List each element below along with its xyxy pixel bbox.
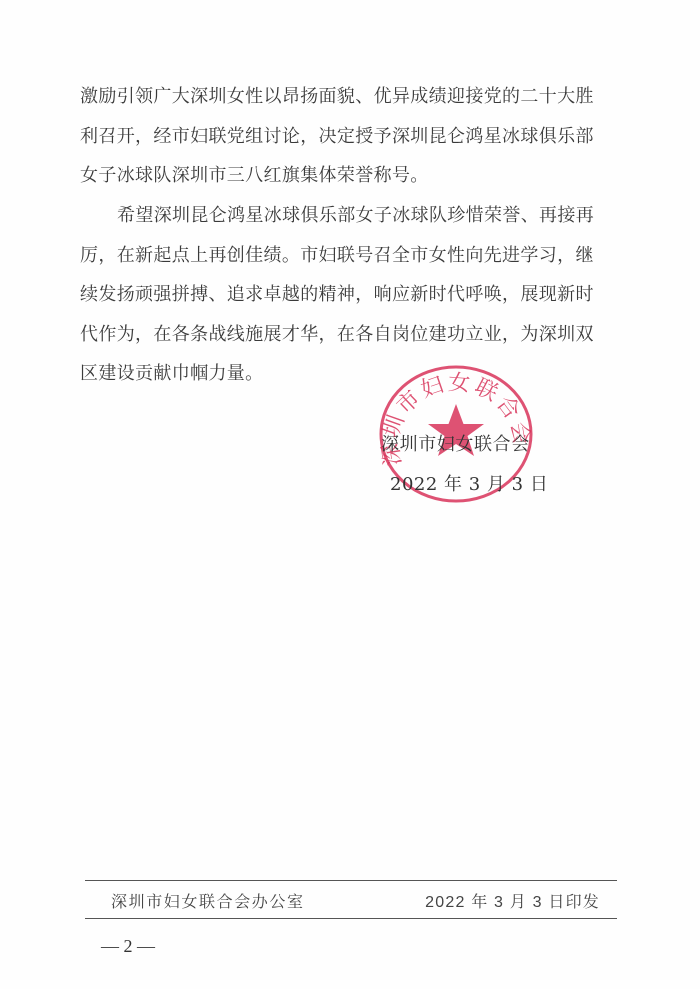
paragraph-line: 厉，在新起点上再创佳绩。市妇联号召全市女性向先进学习，继 xyxy=(80,236,596,276)
document-page: 激励引领广大深圳女性以昂扬面貌、优异成绩迎接党的二十大胜 利召开，经市妇联党组讨… xyxy=(0,0,700,989)
paragraph-line: 希望深圳昆仑鸿星冰球俱乐部女子冰球队珍惜荣誉、再接再 xyxy=(80,196,596,236)
paragraph-line: 利召开，经市妇联党组讨论，决定授予深圳昆仑鸿星冰球俱乐部 xyxy=(80,117,596,157)
signature-organization: 深圳市妇女联合会 xyxy=(381,430,530,456)
paragraph-1: 激励引领广大深圳女性以昂扬面貌、优异成绩迎接党的二十大胜 利召开，经市妇联党组讨… xyxy=(80,77,596,196)
footer-issue-date: 2022 年 3 月 3 日印发 xyxy=(425,889,600,912)
footer-top-rule xyxy=(85,880,617,881)
paragraph-line: 代作为，在各条战线施展才华，在各自岗位建功立业，为深圳双 xyxy=(80,315,596,355)
page-number: — 2 — xyxy=(101,936,155,957)
paragraph-line: 女子冰球队深圳市三八红旗集体荣誉称号。 xyxy=(80,156,596,196)
paragraph-line: 激励引领广大深圳女性以昂扬面貌、优异成绩迎接党的二十大胜 xyxy=(80,77,596,117)
footer-issuer: 深圳市妇女联合会办公室 xyxy=(111,889,305,912)
paragraph-line: 续发扬顽强拼搏、追求卓越的精神，响应新时代呼唤，展现新时 xyxy=(80,275,596,315)
signature-date: 2022 年 3 月 3 日 xyxy=(390,470,548,496)
footer-bottom-rule xyxy=(85,918,617,919)
